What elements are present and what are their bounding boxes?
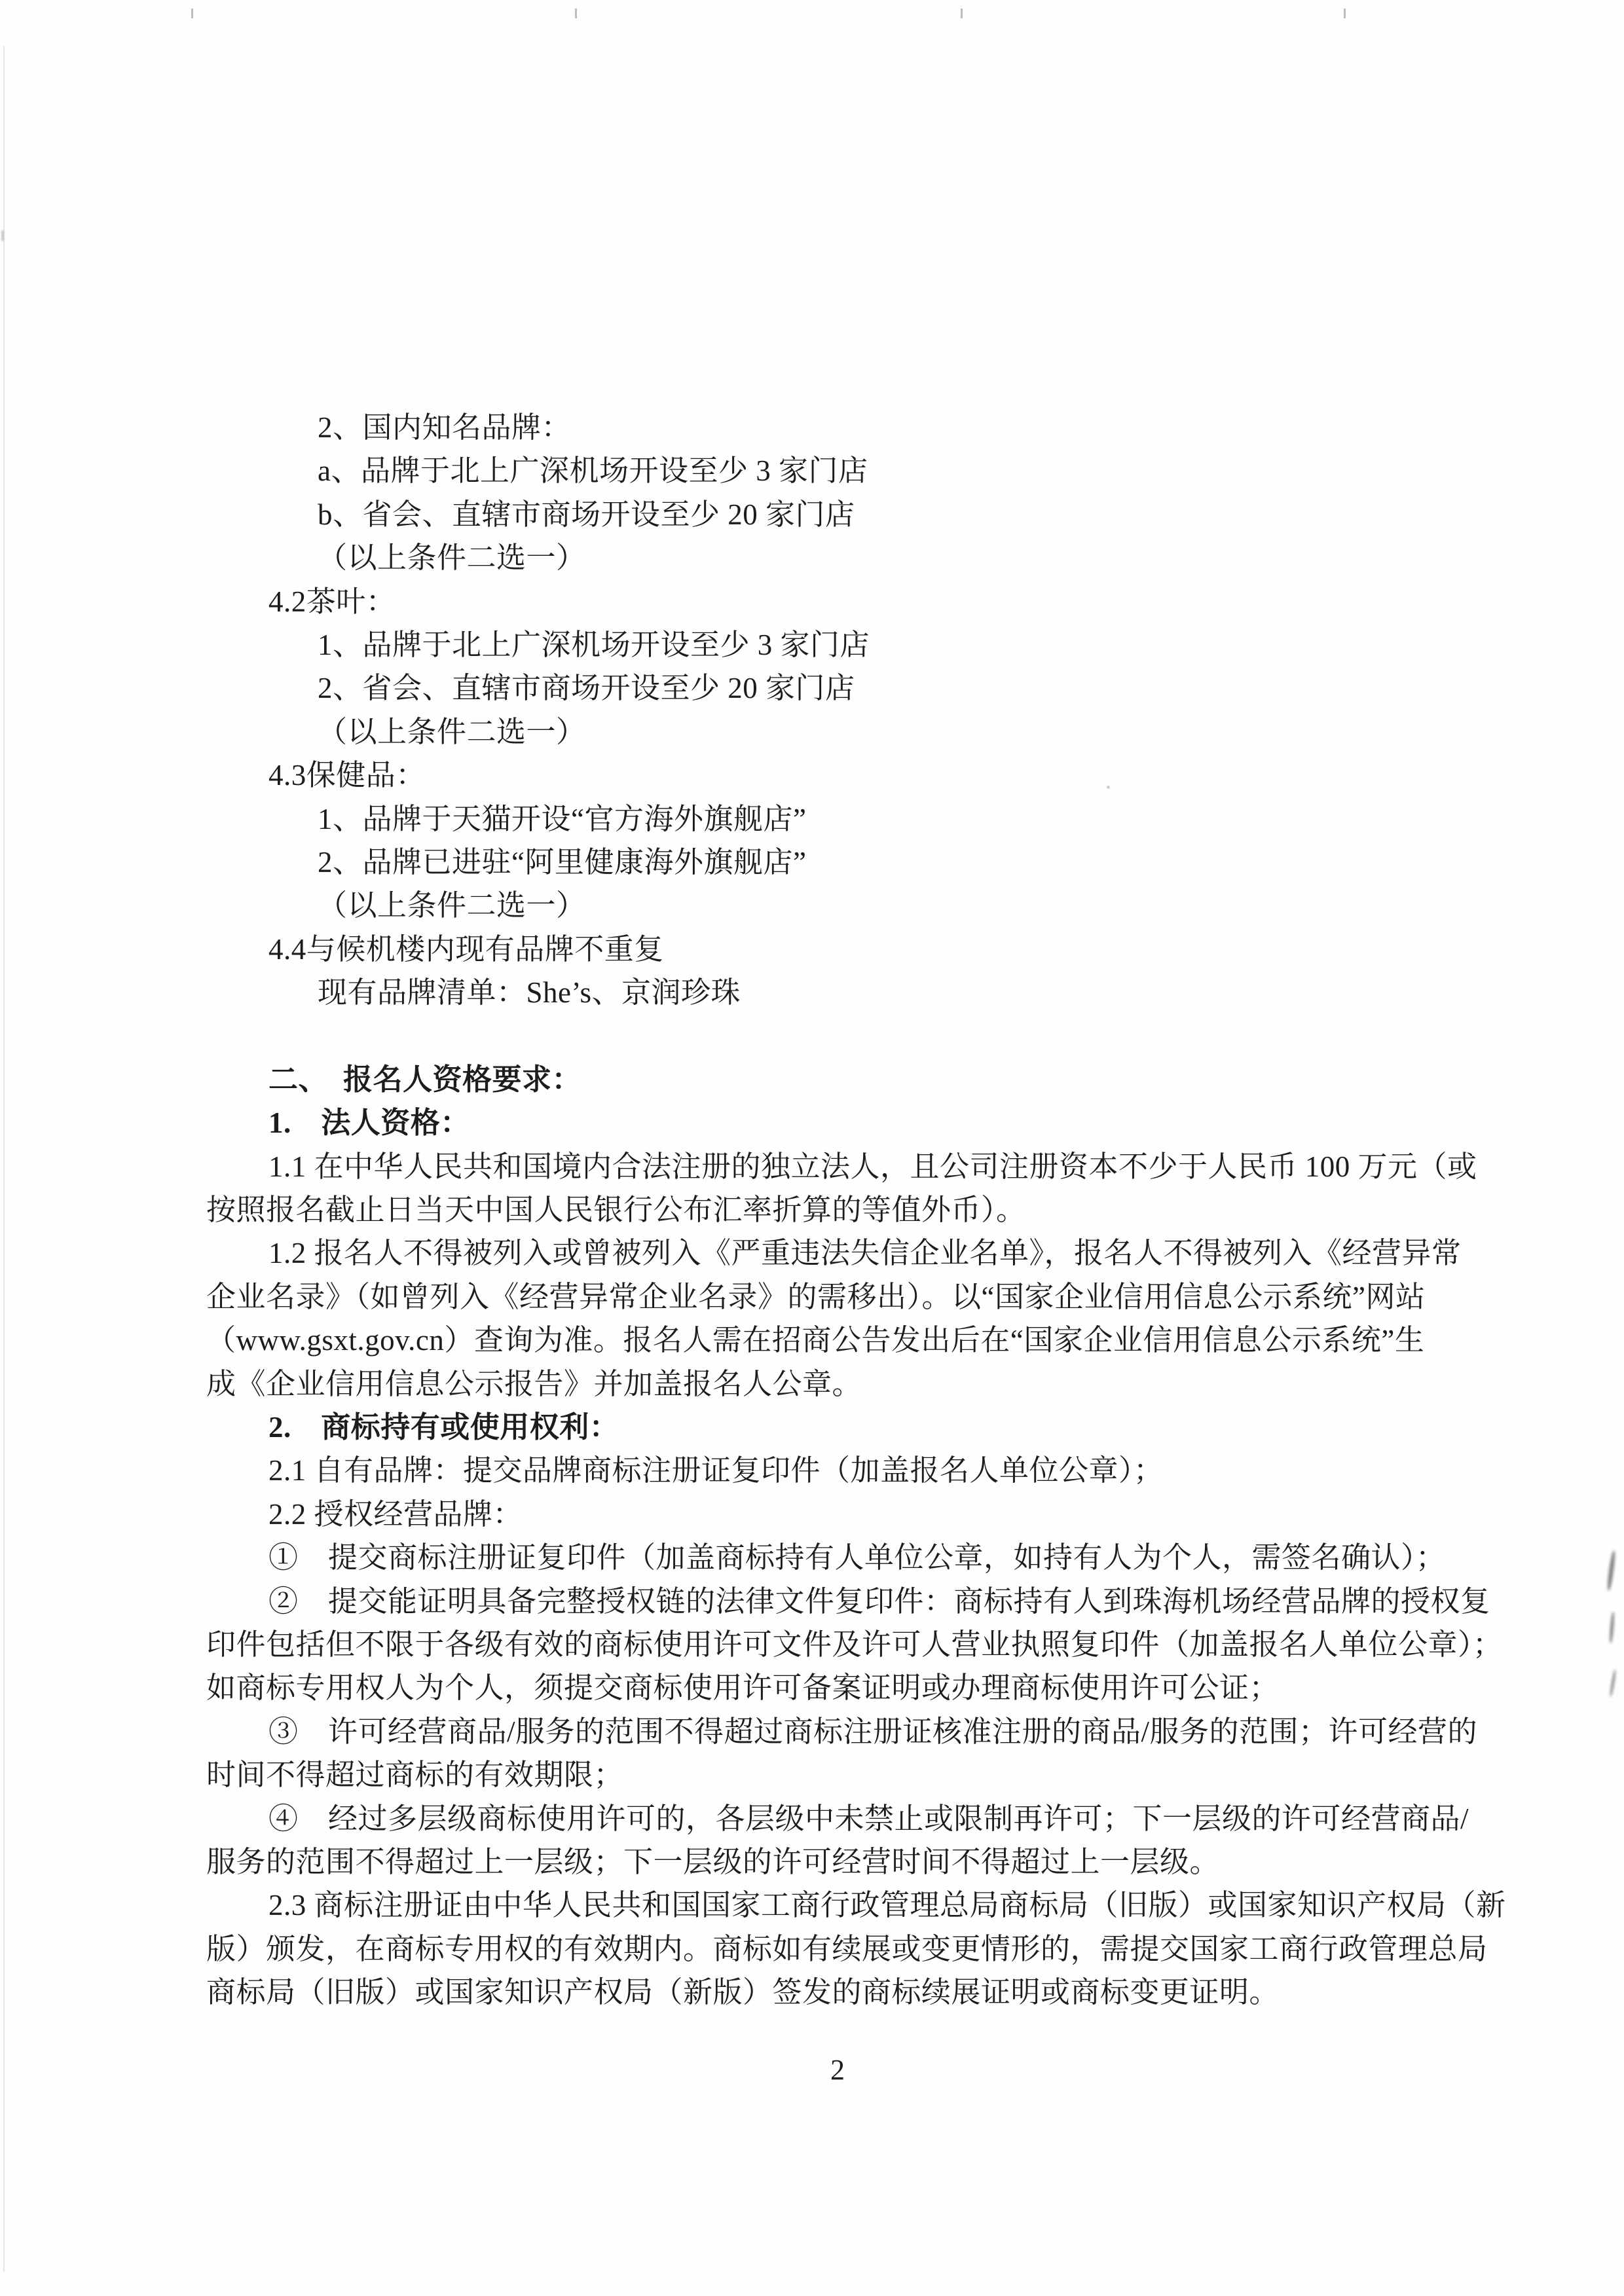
doc-line: 1、品牌于北上广深机场开设至少 3 家门店 — [206, 623, 1441, 666]
scan-smudge — [1610, 1669, 1617, 1697]
scan-tick-mark — [1344, 9, 1346, 18]
doc-line: 2、品牌已进驻“阿里健康海外旗舰店” — [206, 841, 1441, 884]
doc-line: 4.3保健品： — [206, 754, 1441, 797]
doc-line: 按照报名截止日当天中国人民银行公布汇率折算的等值外币）。 — [206, 1188, 1441, 1231]
scanned-document-page: 2、国内知名品牌： a、品牌于北上广深机场开设至少 3 家门店 b、省会、直辖市… — [0, 0, 1624, 2296]
doc-line: 2.3 商标注册证由中华人民共和国国家工商行政管理总局商标局（旧版）或国家知识产… — [206, 1884, 1441, 1927]
doc-line: 版）颁发，在商标专用权的有效期内。商标如有续展或变更情形的，需提交国家工商行政管… — [206, 1927, 1441, 1971]
doc-line: 商标局（旧版）或国家知识产权局（新版）签发的商标续展证明或商标变更证明。 — [206, 1971, 1441, 2014]
doc-line: 2.2 授权经营品牌： — [206, 1493, 1441, 1536]
doc-line: 2.1 自有品牌：提交品牌商标注册证复印件（加盖报名人单位公章）； — [206, 1449, 1441, 1492]
doc-line: 2、国内知名品牌： — [206, 406, 1441, 449]
doc-line: 如商标专用权人为个人，须提交商标使用许可备案证明或办理商标使用许可公证； — [206, 1666, 1441, 1709]
doc-line: 1.1 在中华人民共和国境内合法注册的独立法人，且公司注册资本不少于人民币 10… — [206, 1145, 1441, 1188]
doc-line: 4.2茶叶： — [206, 580, 1441, 623]
scan-edge-mark — [1, 230, 4, 241]
doc-line: a、品牌于北上广深机场开设至少 3 家门店 — [206, 449, 1441, 492]
doc-line: 2、省会、直辖市商场开设至少 20 家门店 — [206, 666, 1441, 710]
doc-line: 4.4与候机楼内现有品牌不重复 — [206, 928, 1441, 971]
scan-tick-mark — [575, 9, 577, 18]
doc-line: ② 提交能证明具备完整授权链的法律文件复印件：商标持有人到珠海机场经营品牌的授权… — [206, 1580, 1441, 1623]
doc-line: （以上条件二选一） — [206, 536, 1441, 579]
doc-line: 服务的范围不得超过上一层级；下一层级的许可经营时间不得超过上一层级。 — [206, 1840, 1441, 1884]
section-heading: 1. 法人资格： — [206, 1101, 1441, 1144]
doc-line: 现有品牌清单：She’s、京润珍珠 — [206, 971, 1441, 1014]
blank-line — [206, 1014, 1441, 1057]
doc-line: 1.2 报名人不得被列入或曾被列入《严重违法失信企业名单》，报名人不得被列入《经… — [206, 1231, 1441, 1275]
page-number: 2 — [830, 2053, 845, 2087]
page-edge-shadow — [3, 46, 5, 2272]
scan-tick-mark — [961, 9, 963, 18]
document-body: 2、国内知名品牌： a、品牌于北上广深机场开设至少 3 家门店 b、省会、直辖市… — [206, 406, 1441, 2014]
doc-line: 印件包括但不限于各级有效的商标使用许可文件及许可人营业执照复印件（加盖报名人单位… — [206, 1623, 1441, 1666]
doc-line: ① 提交商标注册证复印件（加盖商标持有人单位公章，如持有人为个人，需签名确认）； — [206, 1536, 1441, 1579]
scan-smudge — [1606, 1550, 1616, 1591]
section-heading: 2. 商标持有或使用权利： — [206, 1406, 1441, 1449]
section-heading: 二、 报名人资格要求： — [206, 1058, 1441, 1101]
doc-line: （以上条件二选一） — [206, 884, 1441, 927]
doc-line: ④ 经过多层级商标使用许可的，各层级中未禁止或限制再许可；下一层级的许可经营商品… — [206, 1797, 1441, 1840]
doc-line: 成《企业信用信息公示报告》并加盖报名人公章。 — [206, 1362, 1441, 1406]
doc-line: 1、品牌于天猫开设“官方海外旗舰店” — [206, 797, 1441, 841]
scan-tick-mark — [191, 9, 193, 18]
doc-line: （以上条件二选一） — [206, 710, 1441, 754]
doc-line: （www.gsxt.gov.cn）查询为准。报名人需在招商公告发出后在“国家企业… — [206, 1319, 1441, 1362]
doc-line: 企业名录》（如曾列入《经营异常企业名录》的需移出）。以“国家企业信用信息公示系统… — [206, 1275, 1441, 1319]
doc-line: 时间不得超过商标的有效期限； — [206, 1753, 1441, 1796]
doc-line: b、省会、直辖市商场开设至少 20 家门店 — [206, 493, 1441, 536]
scan-smudge — [1609, 1612, 1614, 1643]
doc-line: ③ 许可经营商品/服务的范围不得超过商标注册证核准注册的商品/服务的范围；许可经… — [206, 1710, 1441, 1753]
